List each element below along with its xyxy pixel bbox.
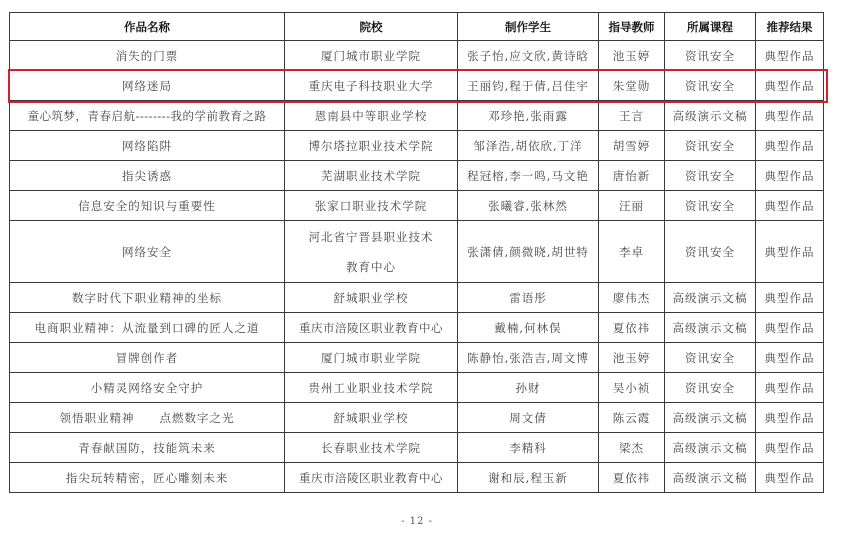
cell-advisor: 汪丽 <box>599 191 665 221</box>
cell-school: 舒城职业学校 <box>285 283 458 313</box>
school-line-2: 教育中心 <box>287 252 455 282</box>
cell-course: 资讯安全 <box>665 343 756 373</box>
cell-result: 典型作品 <box>756 373 824 403</box>
cell-result: 典型作品 <box>756 71 824 101</box>
table-header-row: 作品名称 院校 制作学生 指导教师 所属课程 推荐结果 <box>10 13 824 41</box>
cell-students: 张潇倩,颜微晓,胡世特 <box>458 221 599 283</box>
awards-table: 作品名称 院校 制作学生 指导教师 所属课程 推荐结果 消失的门票 厦门城市职业… <box>9 12 824 493</box>
cell-school: 芜湖职业技术学院 <box>285 161 458 191</box>
cell-course: 高级演示文稿 <box>665 403 756 433</box>
cell-advisor: 池玉婷 <box>599 343 665 373</box>
cell-school: 张家口职业技术学院 <box>285 191 458 221</box>
cell-students: 程冠榕,李一鸣,马文艳 <box>458 161 599 191</box>
cell-result: 典型作品 <box>756 161 824 191</box>
cell-work-title: 消失的门票 <box>10 41 285 71</box>
table-row: 童心筑梦，青春启航--------我的学前教育之路 恩南县中等职业学校 邓珍艳,… <box>10 101 824 131</box>
cell-school: 贵州工业职业技术学院 <box>285 373 458 403</box>
cell-students: 张曦睿,张林然 <box>458 191 599 221</box>
cell-school: 博尔塔拉职业技术学院 <box>285 131 458 161</box>
cell-work-title: 网络迷局 <box>10 71 285 101</box>
cell-advisor: 唐怡新 <box>599 161 665 191</box>
cell-work-title: 网络陷阱 <box>10 131 285 161</box>
cell-result: 典型作品 <box>756 101 824 131</box>
cell-students: 周文倩 <box>458 403 599 433</box>
cell-work-title: 数字时代下职业精神的坐标 <box>10 283 285 313</box>
cell-result: 典型作品 <box>756 191 824 221</box>
cell-students: 陈静怡,张浩吉,周文博 <box>458 343 599 373</box>
cell-students: 邹泽浩,胡依欣,丁洋 <box>458 131 599 161</box>
cell-students: 谢和辰,程玉新 <box>458 463 599 493</box>
cell-course: 资讯安全 <box>665 41 756 71</box>
cell-course: 资讯安全 <box>665 161 756 191</box>
table-row: 数字时代下职业精神的坐标 舒城职业学校 雷语彤 廖伟杰 高级演示文稿 典型作品 <box>10 283 824 313</box>
cell-work-title: 领悟职业精神 点燃数字之光 <box>10 403 285 433</box>
page-number: - 12 - <box>0 516 834 527</box>
cell-result: 典型作品 <box>756 433 824 463</box>
header-work-title: 作品名称 <box>10 13 285 41</box>
cell-course: 资讯安全 <box>665 373 756 403</box>
cell-students: 戴楠,何林俣 <box>458 313 599 343</box>
table-row: 网络安全 河北省宁晋县职业技术 教育中心 张潇倩,颜微晓,胡世特 李卓 资讯安全… <box>10 221 824 283</box>
cell-work-title: 指尖诱惑 <box>10 161 285 191</box>
header-school: 院校 <box>285 13 458 41</box>
cell-work-title: 指尖玩转精密，匠心雕刻未来 <box>10 463 285 493</box>
cell-course: 高级演示文稿 <box>665 283 756 313</box>
cell-advisor: 夏依祎 <box>599 313 665 343</box>
header-students: 制作学生 <box>458 13 599 41</box>
school-line-1: 河北省宁晋县职业技术 <box>287 222 455 252</box>
table-row: 电商职业精神：从流量到口碑的匠人之道 重庆市涪陵区职业教育中心 戴楠,何林俣 夏… <box>10 313 824 343</box>
cell-students: 雷语彤 <box>458 283 599 313</box>
cell-school: 厦门城市职业学院 <box>285 41 458 71</box>
cell-work-title: 冒牌创作者 <box>10 343 285 373</box>
cell-work-title: 信息安全的知识与重要性 <box>10 191 285 221</box>
cell-work-title: 青春献国防，技能筑未来 <box>10 433 285 463</box>
cell-result: 典型作品 <box>756 313 824 343</box>
cell-course: 资讯安全 <box>665 221 756 283</box>
cell-school: 舒城职业学校 <box>285 403 458 433</box>
cell-students: 张子怡,应文欣,黄诗晗 <box>458 41 599 71</box>
table-row: 网络陷阱 博尔塔拉职业技术学院 邹泽浩,胡依欣,丁洋 胡雪婷 资讯安全 典型作品 <box>10 131 824 161</box>
cell-school: 重庆电子科技职业大学 <box>285 71 458 101</box>
cell-course: 高级演示文稿 <box>665 433 756 463</box>
cell-result: 典型作品 <box>756 41 824 71</box>
cell-work-title: 电商职业精神：从流量到口碑的匠人之道 <box>10 313 285 343</box>
cell-course: 高级演示文稿 <box>665 101 756 131</box>
table-row-highlighted: 网络迷局 重庆电子科技职业大学 王丽钧,程于倩,吕佳宇 朱堂勋 资讯安全 典型作… <box>10 71 824 101</box>
cell-advisor: 王言 <box>599 101 665 131</box>
cell-students: 孙财 <box>458 373 599 403</box>
cell-advisor: 胡雪婷 <box>599 131 665 161</box>
cell-course: 资讯安全 <box>665 131 756 161</box>
cell-school: 厦门城市职业学院 <box>285 343 458 373</box>
cell-advisor: 李卓 <box>599 221 665 283</box>
table-row: 指尖玩转精密，匠心雕刻未来 重庆市涪陵区职业教育中心 谢和辰,程玉新 夏依祎 高… <box>10 463 824 493</box>
cell-students: 王丽钧,程于倩,吕佳宇 <box>458 71 599 101</box>
cell-work-title: 童心筑梦，青春启航--------我的学前教育之路 <box>10 101 285 131</box>
cell-result: 典型作品 <box>756 343 824 373</box>
cell-school: 河北省宁晋县职业技术 教育中心 <box>285 221 458 283</box>
cell-advisor: 吴小祯 <box>599 373 665 403</box>
cell-work-title: 小精灵网络安全守护 <box>10 373 285 403</box>
cell-students: 邓珍艳,张雨露 <box>458 101 599 131</box>
cell-course: 资讯安全 <box>665 191 756 221</box>
cell-students: 李精科 <box>458 433 599 463</box>
cell-advisor: 梁杰 <box>599 433 665 463</box>
header-course: 所属课程 <box>665 13 756 41</box>
cell-course: 高级演示文稿 <box>665 313 756 343</box>
cell-advisor: 朱堂勋 <box>599 71 665 101</box>
cell-result: 典型作品 <box>756 131 824 161</box>
cell-result: 典型作品 <box>756 463 824 493</box>
cell-result: 典型作品 <box>756 403 824 433</box>
cell-school: 重庆市涪陵区职业教育中心 <box>285 313 458 343</box>
table-row: 信息安全的知识与重要性 张家口职业技术学院 张曦睿,张林然 汪丽 资讯安全 典型… <box>10 191 824 221</box>
cell-advisor: 夏依祎 <box>599 463 665 493</box>
header-result: 推荐结果 <box>756 13 824 41</box>
cell-advisor: 池玉婷 <box>599 41 665 71</box>
table-row: 青春献国防，技能筑未来 长春职业技术学院 李精科 梁杰 高级演示文稿 典型作品 <box>10 433 824 463</box>
cell-school: 恩南县中等职业学校 <box>285 101 458 131</box>
header-advisor: 指导教师 <box>599 13 665 41</box>
cell-school: 重庆市涪陵区职业教育中心 <box>285 463 458 493</box>
cell-course: 资讯安全 <box>665 71 756 101</box>
document-page: 作品名称 院校 制作学生 指导教师 所属课程 推荐结果 消失的门票 厦门城市职业… <box>0 0 864 533</box>
cell-work-title: 网络安全 <box>10 221 285 283</box>
cell-result: 典型作品 <box>756 221 824 283</box>
table-row: 指尖诱惑 芜湖职业技术学院 程冠榕,李一鸣,马文艳 唐怡新 资讯安全 典型作品 <box>10 161 824 191</box>
cell-result: 典型作品 <box>756 283 824 313</box>
cell-advisor: 廖伟杰 <box>599 283 665 313</box>
cell-advisor: 陈云霞 <box>599 403 665 433</box>
cell-course: 高级演示文稿 <box>665 463 756 493</box>
table-row: 冒牌创作者 厦门城市职业学院 陈静怡,张浩吉,周文博 池玉婷 资讯安全 典型作品 <box>10 343 824 373</box>
cell-school: 长春职业技术学院 <box>285 433 458 463</box>
table-row: 领悟职业精神 点燃数字之光 舒城职业学校 周文倩 陈云霞 高级演示文稿 典型作品 <box>10 403 824 433</box>
table-row: 小精灵网络安全守护 贵州工业职业技术学院 孙财 吴小祯 资讯安全 典型作品 <box>10 373 824 403</box>
table-row: 消失的门票 厦门城市职业学院 张子怡,应文欣,黄诗晗 池玉婷 资讯安全 典型作品 <box>10 41 824 71</box>
